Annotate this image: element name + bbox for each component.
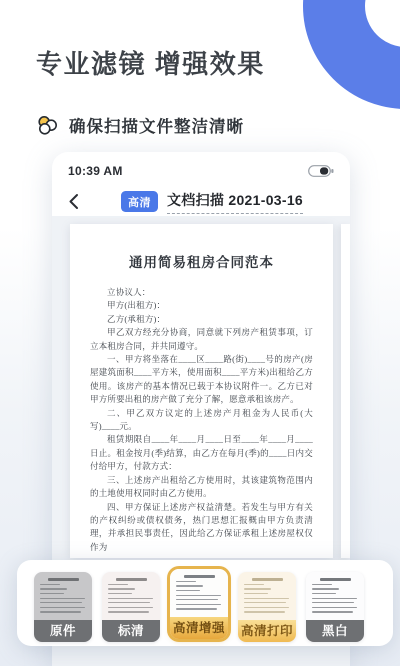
document-page[interactable]: 通用简易租房合同范本 立协议人：甲方(出租方)：乙方(承租方)：甲乙双方经充分协…: [70, 224, 333, 558]
contract-paragraph: 二、甲乙双方议定的上述房产月租金为人民币(大写)____元。: [90, 407, 313, 434]
contract-paragraph: 乙方(承租方)：: [90, 313, 313, 326]
hero-section: 专业滤镜 增强效果 确保扫描文件整洁清晰: [36, 44, 265, 137]
hd-quality-badge: 高清: [121, 191, 158, 212]
back-button[interactable]: [68, 193, 79, 210]
battery-icon: [308, 165, 334, 177]
contract-paragraph: 三、上述房产出租给乙方使用时，其该建筑物范围内的土地使用权同时由乙方使用。: [90, 474, 313, 501]
filter-thumbnail: [34, 572, 92, 620]
chevron-left-icon: [68, 193, 79, 210]
contract-title: 通用简易租房合同范本: [70, 251, 333, 271]
mini-document-preview: [306, 572, 364, 613]
contract-body: 立协议人：甲方(出租方)：乙方(承租方)：甲乙双方经充分协商，同意就下列房产租赁…: [70, 286, 333, 554]
filter-thumbnail: [238, 572, 296, 620]
hero-subtitle-row: 确保扫描文件整洁清晰: [36, 113, 265, 137]
filter-label: 高清打印: [238, 620, 296, 642]
contract-paragraph: 甲方(出租方)：: [90, 299, 313, 312]
page-title: 专业滤镜 增强效果: [36, 44, 265, 81]
mini-document-preview: [34, 572, 92, 613]
screen: 专业滤镜 增强效果 确保扫描文件整洁清晰 10:39 AM: [0, 0, 400, 666]
filter-thumbnail: [102, 572, 160, 620]
filter-label: 原件: [34, 620, 92, 642]
status-bar: 10:39 AM: [52, 152, 350, 180]
document-title-field[interactable]: 文档扫描 2021-03-16: [167, 190, 303, 214]
filter-thumbnail: [306, 572, 364, 620]
filter-option-original[interactable]: 原件: [34, 572, 92, 642]
filter-option-hd-print[interactable]: 高清打印: [238, 572, 296, 642]
filter-label: 高清增强: [170, 617, 228, 639]
filter-panel: 原件标清高清增强高清打印黑白: [17, 560, 393, 646]
mini-document-preview: [170, 569, 228, 610]
filter-option-hd-enhance[interactable]: 高清增强: [170, 569, 228, 639]
filter-label: 标清: [102, 620, 160, 642]
contract-paragraph: 一、甲方将坐落在____区____路(街)____号的房产(房屋建筑面积____…: [90, 353, 313, 407]
filter-option-bw[interactable]: 黑白: [306, 572, 364, 642]
filter-label: 黑白: [306, 620, 364, 642]
filter-thumbnail: [170, 569, 228, 617]
mini-document-preview: [238, 572, 296, 613]
filter-options-row: 原件标清高清增强高清打印黑白: [17, 560, 393, 642]
status-time: 10:39 AM: [68, 164, 123, 178]
mini-document-preview: [102, 572, 160, 613]
contract-paragraph: 四、甲方保证上述房产权益清楚。若发生与甲方有关的产权纠纷或债权债务，热门思想汇报…: [90, 501, 313, 555]
hero-subtitle: 确保扫描文件整洁清晰: [69, 113, 244, 137]
contract-paragraph: 甲乙双方经充分协商，同意就下列房产租赁事项，订立本租房合同，并共同遵守。: [90, 326, 313, 353]
contract-paragraph: 租赁期限自____年____月____日至____年____月____日止。租金…: [90, 433, 313, 473]
next-page-edge: [341, 224, 350, 558]
filter-option-standard[interactable]: 标清: [102, 572, 160, 642]
contract-paragraph: 立协议人：: [90, 286, 313, 299]
filter-lenses-icon: [36, 115, 59, 136]
